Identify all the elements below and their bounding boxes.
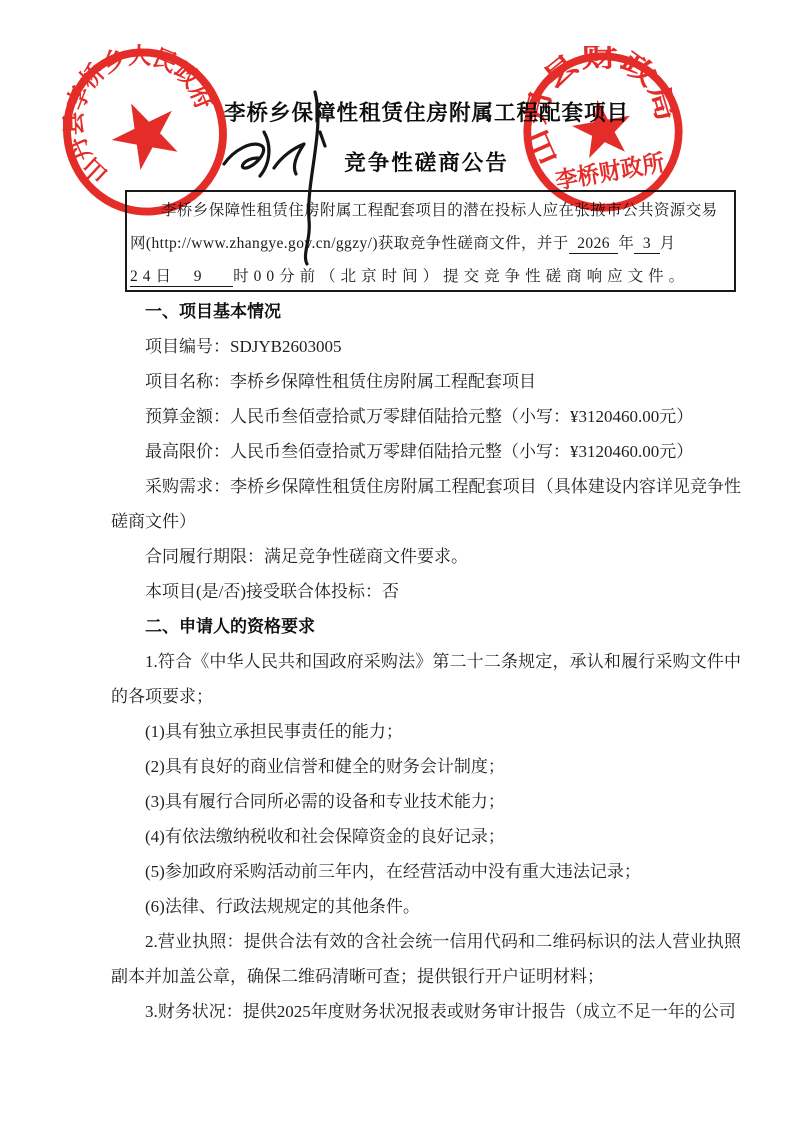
paragraph: (3)具有履行合同所必需的设备和专业技术能力； xyxy=(111,784,741,819)
notice-month-blank: 3 xyxy=(634,235,659,254)
signature-strokes xyxy=(218,88,338,266)
section-heading: 一、项目基本情况 xyxy=(111,294,741,329)
notice-day-blank: 24日 xyxy=(130,268,176,287)
seal-left-star-icon xyxy=(101,89,189,176)
notice-line-3-text: 时00分前（北京时间）提交竞争性磋商响应文件。 xyxy=(233,268,689,285)
document-body: 一、项目基本情况项目编号：SDJYB2603005项目名称：李桥乡保障性租赁住房… xyxy=(111,294,741,1029)
seal-left-ring-text: 山丹县李桥乡人民政府 xyxy=(57,40,230,192)
paragraph: (1)具有独立承担民事责任的能力； xyxy=(111,714,741,749)
paragraph: 最高限价：人民币叁佰壹拾贰万零肆佰陆拾元整（小写：¥3120460.00元） xyxy=(111,434,741,469)
notice-line-2-text: 网(http://www.zhangye.gov.cn/ggzy/)获取竞争性磋… xyxy=(130,235,569,252)
government-seal-left: 山丹县李桥乡人民政府 xyxy=(57,40,233,224)
paragraph: 项目编号：SDJYB2603005 xyxy=(111,329,741,364)
notice-year-blank: 2026 xyxy=(569,235,619,254)
paragraph: 本项目(是/否)接受联合体投标：否 xyxy=(111,574,741,609)
paragraph: 项目名称：李桥乡保障性租赁住房附属工程配套项目 xyxy=(111,364,741,399)
paragraph: (5)参加政府采购活动前三年内，在经营活动中没有重大违法记录； xyxy=(111,854,741,889)
paragraph: 采购需求：李桥乡保障性租赁住房附属工程配套项目（具体建设内容详见竞争性磋商文件） xyxy=(111,469,741,539)
seal-left-graphic: 山丹县李桥乡人民政府 xyxy=(57,40,233,224)
paragraph: (4)有依法缴纳税收和社会保障资金的良好记录； xyxy=(111,819,741,854)
notice-hour-blank: 9 xyxy=(176,268,233,287)
paragraph: (2)具有良好的商业信誉和健全的财务会计制度； xyxy=(111,749,741,784)
document-page: { "document": { "title_line1": "李桥乡保障性租赁… xyxy=(0,0,793,1122)
paragraph: (6)法律、行政法规规定的其他条件。 xyxy=(111,889,741,924)
government-seal-right: 山丹县财政局 李桥财政所 xyxy=(516,46,690,218)
seal-left-ring-text-holder: 山丹县李桥乡人民政府 xyxy=(57,40,230,192)
section-heading: 二、申请人的资格要求 xyxy=(111,609,741,644)
paragraph: 合同履行期限：满足竞争性磋商文件要求。 xyxy=(111,539,741,574)
seal-right-star-icon xyxy=(568,95,636,160)
notice-month-unit: 月 xyxy=(660,235,676,252)
paragraph: 2.营业执照：提供合法有效的含社会统一信用代码和二维码标识的法人营业执照副本并加… xyxy=(111,924,741,994)
paragraph: 1.符合《中华人民共和国政府采购法》第二十二条规定，承认和履行采购文件中的各项要… xyxy=(111,644,741,714)
paragraph: 预算金额：人民币叁佰壹拾贰万零肆佰陆拾元整（小写：¥3120460.00元） xyxy=(111,399,741,434)
paragraph: 3.财务状况：提供2025年度财务状况报表或财务审计报告（成立不足一年的公司 xyxy=(111,994,741,1029)
notice-year-unit: 年 xyxy=(618,235,634,252)
signature-handwriting xyxy=(218,88,338,266)
seal-right-graphic: 山丹县财政局 李桥财政所 xyxy=(516,46,690,218)
